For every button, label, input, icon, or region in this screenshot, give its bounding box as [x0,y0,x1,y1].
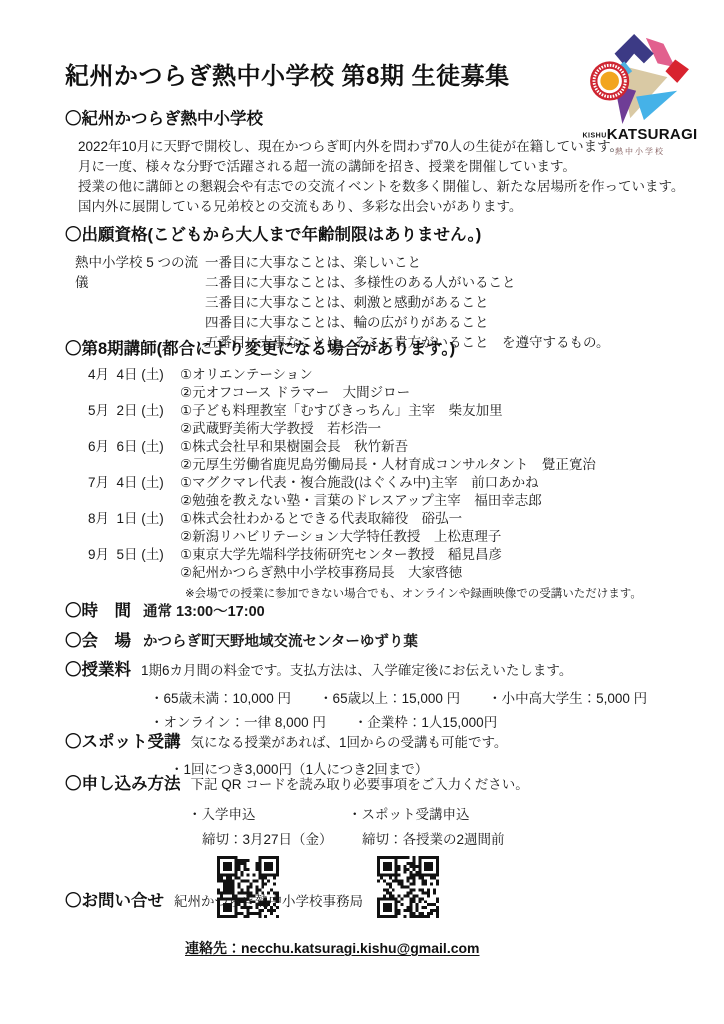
section-about-heading: 〇紀州かつらぎ熱中小学校 [65,108,700,130]
schedule-lecture: ②武蔵野美術大学教授 若杉浩一 [180,420,503,438]
flyer-page: 紀州かつらぎ熱中小学校 第8期 生徒募集 KISHUKATSURAGI 熱中小学… [0,0,724,1024]
fee-item: ・65歳以上：15,000 円 [319,687,460,711]
schedule-date: 7月 4日 (土) [88,474,180,510]
schedule-lecture: ①株式会社わかるとできる代表取締役 硲弘一 [180,510,501,528]
section-time: 〇時 間 通常 13:00～17:00 [65,600,700,622]
section-contact: 〇お問い合せ 紀州かつらぎ熱中小学校事務局 連絡先：necchu.katsura… [65,890,700,958]
section-venue: 〇会 場 かつらぎ町天野地域交流センターゆずり葉 [65,630,700,652]
about-line: 授業の他に講師との懇親会や有志での交流イベントを数多く開催し、新たな居場所を作っ… [78,177,700,197]
section-fee-heading: 〇授業料 [65,659,131,681]
about-line: 2022年10月に天野で開校し、現在かつらぎ町内外を問わず70人の生徒が在籍して… [78,137,700,157]
schedule-date: 4月 4日 (土) [88,366,180,402]
schedule-row: 7月 4日 (土) ①マグクマレ代表・複合施設(はぐくみ中)主宰 前口あかね ②… [88,474,700,510]
section-apply-heading: 〇申し込み方法 [65,773,181,795]
schedule-lecture: ①子ども料理教室「むすびきっちん」主宰 柴友加里 [180,402,503,420]
section-time-heading: 〇時 間 [65,600,131,622]
schedule-lecture: ①東京大学先端科学技術研究センター教授 稲見昌彦 [180,546,502,564]
rule-item: 一番目に大事なことは、楽しいこと [205,253,609,273]
apply-option-deadline: 締切：3月27日（金） [202,828,348,848]
schedule-lecture: ①オリエンテーション [180,366,410,384]
lecture-schedule: 4月 4日 (土) ①オリエンテーション ②元オフコース ドラマー 大間ジロー … [88,366,700,582]
schedule-note: ※会場での授業に参加できない場合でも、オンラインや録画映像での受講いただけます。 [185,585,700,601]
rule-item: 三番目に大事なことは、刺激と感動があること [205,293,609,313]
fee-description: 1期6カ月間の料金です。支払方法は、入学確定後にお伝えいたします。 [141,659,572,679]
schedule-row: 6月 6日 (土) ①株式会社早和果樹園会長 秋竹新吾 ②元厚生労働省鹿児島労働… [88,438,700,474]
schedule-lecture: ②新潟リハビリテーション大学特任教授 上松恵理子 [180,528,501,546]
section-spot: 〇スポット受講 気になる授業があれば、1回からの受講も可能です。 ・1回につき3… [65,731,700,778]
contact-office: 紀州かつらぎ熱中小学校事務局 [174,890,363,910]
section-about: 〇紀州かつらぎ熱中小学校 2022年10月に天野で開校し、現在かつらぎ町内外を問… [65,108,700,217]
schedule-row: 5月 2日 (土) ①子ども料理教室「むすびきっちん」主宰 柴友加里 ②武蔵野美… [88,402,700,438]
schedule-row: 8月 1日 (土) ①株式会社わかるとできる代表取締役 硲弘一 ②新潟リハビリテ… [88,510,700,546]
schedule-date: 9月 5日 (土) [88,546,180,582]
schedule-row: 4月 4日 (土) ①オリエンテーション ②元オフコース ドラマー 大間ジロー [88,366,700,402]
schedule-lecture: ②元厚生労働省鹿児島労働局長・人材育成コンサルタント 覺正寛治 [180,456,596,474]
section-eligibility: 〇出願資格(こどもから大人まで年齢制限はありません。) 熱中小学校 5 つの流儀… [65,224,700,353]
schedule-date: 5月 2日 (土) [88,402,180,438]
section-spot-heading: 〇スポット受講 [65,731,181,753]
section-eligibility-heading: 〇出願資格(こどもから大人まで年齢制限はありません。) [65,224,700,246]
fee-item: ・小中高大学生：5,000 円 [488,687,647,711]
venue-value: かつらぎ町天野地域交流センターゆずり葉 [143,630,418,651]
schedule-date: 6月 6日 (土) [88,438,180,474]
apply-option-label: ・入学申込 [188,803,348,823]
about-line: 国内外に展開している兄弟校との交流もあり、多彩な出会いがあります。 [78,197,700,217]
section-lecturers: 〇第8期講師(都合により変更になる場合があります。) 4月 4日 (土) ①オリ… [65,338,700,601]
apply-option-label: ・スポット受講申込 [348,803,508,823]
section-venue-heading: 〇会 場 [65,630,131,652]
contact-email[interactable]: 連絡先：necchu.katsuragi.kishu@gmail.com [185,938,480,958]
rule-item: 四番目に大事なことは、輪の広がりがあること [205,313,609,333]
spot-description: 気になる授業があれば、1回からの受講も可能です。 [191,731,508,751]
schedule-lecture: ①株式会社早和果樹園会長 秋竹新吾 [180,438,596,456]
apply-option-deadline: 締切：各授業の2週間前 [362,828,508,848]
schedule-lecture: ②元オフコース ドラマー 大間ジロー [180,384,410,402]
schedule-row: 9月 5日 (土) ①東京大学先端科学技術研究センター教授 稲見昌彦 ②紀州かつ… [88,546,700,582]
schedule-lecture: ①マグクマレ代表・複合施設(はぐくみ中)主宰 前口あかね [180,474,542,492]
apply-description: 下記 QR コードを読み取り必要事項をご入力ください。 [191,773,529,793]
rule-item: 二番目に大事なことは、多様性のある人がいること [205,273,609,293]
about-line: 月に一度、様々な分野で活躍される超一流の講師を招き、授業を開催しています。 [78,157,700,177]
fee-item: ・65歳未満：10,000 円 [150,687,291,711]
schedule-date: 8月 1日 (土) [88,510,180,546]
section-contact-heading: 〇お問い合せ [65,890,164,912]
schedule-lecture: ②紀州かつらぎ熱中小学校事務局長 大家啓徳 [180,564,502,582]
schedule-lecture: ②勉強を教えない塾・言葉のドレスアップ主宰 福田幸志郎 [180,492,542,510]
section-lecturers-heading: 〇第8期講師(都合により変更になる場合があります。) [65,338,700,360]
time-value: 通常 13:00～17:00 [143,600,265,621]
section-fee: 〇授業料 1期6カ月間の料金です。支払方法は、入学確定後にお伝えいたします。 ・… [65,659,700,735]
